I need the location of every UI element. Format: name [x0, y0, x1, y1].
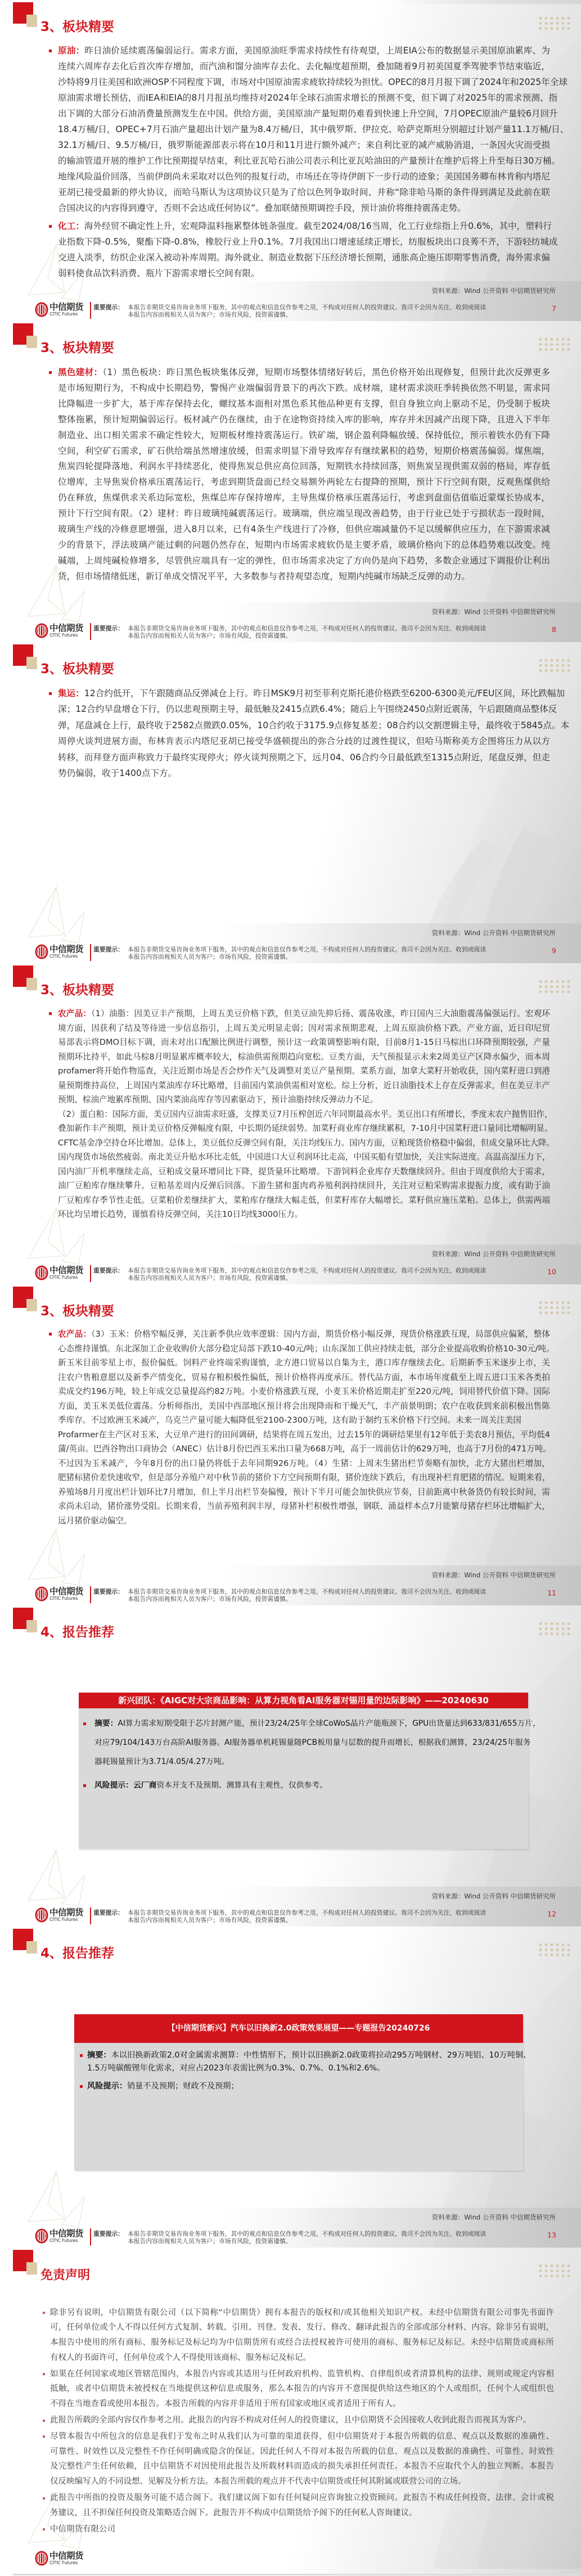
disclaimer-line: 此报告中所指的投资及服务可能不适合阁下。我们建议阁下如有任何疑问应咨询独立投资顾… [50, 2491, 554, 2506]
dot-grid-icon [538, 658, 571, 673]
disclaimer-paragraph: 此报告所载的全部内容仅作参考之用。此报告的内容不构成对任何人的投资建议，且中信期… [50, 2413, 554, 2428]
notice-label: 重要提示： [93, 304, 128, 318]
report-card-header: 【中信期货新兴】汽车以旧换新2.0政策效果展望——专题报告20240726 [74, 2014, 523, 2043]
body-line: Profarmer在主产区对玉米，大豆单产进行的田间调研，结果将在周五发出，过去… [58, 1428, 550, 1442]
important-notice: 重要提示： 本报告非期货交易咨询业务项下服务，其中的观点和信息仅作参考之用，不构… [93, 1588, 486, 1603]
body-line: 地缘风险溢价回落，当前伊朗尚未采取对以色列的报复行动，市场还在等待伊朗下一步行动… [58, 169, 550, 184]
dot-grid-icon [538, 337, 571, 352]
body-line: 32.1万桶/日、9.5万桶/日，俄罗斯能源部表示将在10月和11月进行额外减产… [58, 137, 550, 153]
disclaimer-paragraph: 中信期货有限公司 [50, 2522, 554, 2537]
bullet-icon [43, 2420, 45, 2422]
report-card-body: 摘要：AI算力需求短期受限于芯片封测产能，预计23/24/25年全球CoWoS晶… [79, 1708, 528, 1795]
page-number: 7 [552, 304, 556, 313]
body-line: 国内现货市场依然疲弱。南北美豆升贴水环比走低，中国进口大豆利润环比走高，中国买船… [58, 1150, 550, 1165]
section-chemicals: 化工：海外经贸不确定性上升，宏观降温料拖累整体链条强度。截至2024/08/16… [58, 218, 550, 281]
body-line: 季库存。不过欧洲玉米减产，乌克兰产量可能大幅降低至2100-2300万吨，这有助… [58, 1413, 550, 1428]
body-line: 连续六周库存去化后首次库存增加，而汽油和馏分油库存去化、去化幅度超预期，叠加随着… [58, 58, 550, 74]
source-note: 资料来源：Wind 公开资料 中信期货研究所 [432, 2213, 556, 2222]
notice-label: 重要提示： [93, 1267, 128, 1282]
disclaimer-line: 可靠性、时效性以及完整性不作任何明确或隐含的保证。因此任何人不得对本报告所载的信… [50, 2444, 554, 2460]
dot-grid-icon [538, 1621, 571, 1636]
source-note: 资料来源：Wind 公开资料 中信期货研究所 [432, 1571, 556, 1580]
red-square-bullet-icon [83, 1722, 86, 1725]
company-name-en: CITIC Futures [49, 1596, 83, 1601]
section-ferrous-building-materials: 黑色建材：（1）黑色板块：昨日黑色板块集体反弹，短期市场整体情绪好转后，黑色价格… [58, 365, 550, 585]
slide-title: 3、板块精要 [40, 661, 114, 677]
page-number: 8 [552, 625, 556, 634]
disclaimer-body: 除非另有说明，中信期货有限公司（以下简称“中信期货）拥有本报告的版权和/或其他相… [50, 2306, 554, 2537]
citic-futures-logo: 中信期货CITIC Futures [35, 944, 83, 959]
section-agriculture-oils-meals: 农产品：（1）油脂：因美豆丰产预期，上周五美豆价格下跌，但美豆油先抑后扬、震荡收… [58, 1007, 550, 1222]
slide-title: 4、报告推荐 [40, 1625, 114, 1640]
body-line: 深；12合约早盘增仓下行，仍以悲观预期主导，最低触及2415点跌6.4%；随后上… [58, 701, 550, 717]
body-line: 预期环比持平，如此马棕8月明显累库概率较大，棕油供需预期趋向宽松。豆类方面，天气… [58, 1050, 550, 1064]
paper-plane-icon [22, 1523, 90, 1588]
section-label: 黑色建材： [58, 367, 102, 377]
risk-label: 风险提示：云厂商 [94, 1781, 156, 1790]
body-line: 少的背景下，浮法玻璃产能过剩的问题仍然存在，短期内市场需求疲软仍是主要矛盾，玻璃… [58, 538, 550, 553]
dot-grid-icon [538, 2263, 571, 2279]
source-note: 资料来源：Wind 公开资料 中信期货研究所 [432, 1892, 556, 1901]
citic-logo-icon [35, 1265, 48, 1280]
paper-plane-icon [22, 1844, 90, 1909]
footer-divider [90, 1265, 91, 1282]
disclaimer-paragraph: 此报告中所指的投资及服务可能不适合阁下。我们建议阁下如有任何疑问应咨询独立投资顾… [50, 2491, 554, 2521]
citic-logo-icon [35, 302, 48, 317]
body-line: 求尚未启动，猪价涨势受阻。长期来看，当前养殖利润丰厚，母猪补栏积极性增强，钢联、… [58, 1499, 550, 1514]
company-name-en: CITIC Futures [49, 954, 83, 959]
title-beige-square-icon [26, 15, 37, 27]
disclaimer-paragraph: 尽管本报告中所包含的信息是我们于发布之时从我们认为可靠的渠道获得，但中信期货对于… [50, 2429, 554, 2489]
title-beige-square-icon [26, 2262, 37, 2275]
notice-line: 本报告非期货交易咨询业务项下服务，其中的观点和信息仅作参考之用，不构成对任何人的… [128, 1909, 486, 1916]
red-square-bullet-icon [80, 2054, 83, 2057]
body-line: 玻璃生产线的冷修意愿增强，进入8月以来，已有4条生产线进行了冷修，但供应端减量仍… [58, 522, 550, 538]
body-line: 沙特将9月往美国和欧洲OSP不同程度下调，市场对中国原油需求疲软持续较为担忧。O… [58, 74, 550, 90]
body-line: 焦炭四轮提降落地、利润水平持续恶化，使得焦炭总供应高位回落，短期铁水持续回落，则… [58, 459, 550, 475]
slide-body: 黑色建材：（1）黑色板块：昨日黑色板块集体反弹，短期市场整体情绪好转后，黑色价格… [58, 365, 550, 585]
company-name-en: CITIC Futures [49, 633, 83, 638]
body-line: 位增库，主导焦炭价格承压震荡运行，考虑到期货盘面已经交易额外两轮左右提降的预期，… [58, 475, 550, 490]
slide-page-13: 4、报告推荐 【中信期货新兴】汽车以旧换新2.0政策效果展望——专题报告2024… [0, 1927, 581, 2248]
body-line: 农产品：（3）玉米：价格窄幅反弹，关注新季供应效率逻辑：国内方面，期货价格小幅反… [58, 1327, 550, 1342]
red-square-bullet-icon [49, 1333, 52, 1336]
body-line: 农产品：（1）油脂：因美豆丰产预期，上周五美豆价格下跌，但美豆油先抑后扬、震荡收… [58, 1007, 550, 1021]
body-line: 不过因为玉米减产，今年8月份的出口量仍将低于去年同期926万吨。（4）生猪：上周… [58, 1456, 550, 1471]
dot-grid-icon [538, 16, 571, 31]
notice-line: 本报告内容而视相关人员为客户；市场有风险，投资需谨慎。 [128, 2237, 486, 2245]
body-line: profamer将开始作物巡查，关注近期市场是否会炒作天气及调整对美豆产量预期。… [58, 1064, 550, 1079]
slide-title: 4、报告推荐 [40, 1946, 114, 1961]
top-edge-band [0, 0, 581, 4]
section-label: 原油： [58, 46, 84, 56]
company-name-en: CITIC Futures [49, 2560, 83, 2566]
notice-line: 本报告非期货交易咨询业务项下服务，其中的观点和信息仅作参考之用，不构成对任何人的… [128, 1588, 486, 1595]
body-line: 境方面，因获利了结及等待进一步信息指引，上周五美元明显走弱；因对需求预期悲观，上… [58, 1021, 550, 1036]
slide-page-11: 3、板块精要 农产品：（3）玉米：价格窄幅反弹，关注新季供应效率逻辑：国内方面，… [0, 1284, 581, 1605]
slide-body: 农产品：（1）油脂：因美豆丰产预期，上周五美豆价格下跌，但美豆油先抑后扬、震荡收… [58, 1007, 550, 1222]
slide-disclaimer: 免责声明 除非另有说明，中信期货有限公司（以下简称“中信期货）拥有本报告的版权和… [0, 2248, 581, 2576]
section-agriculture-corn-hogs: 农产品：（3）玉米：价格窄幅反弹，关注新季供应效率逻辑：国内方面，期货价格小幅反… [58, 1327, 550, 1528]
red-square-bullet-icon [49, 692, 52, 695]
slide-page-10: 3、板块精要 农产品：（1）油脂：因美豆丰产预期，上周五美豆价格下跌，但美豆油先… [0, 963, 581, 1284]
footer-divider [90, 302, 91, 319]
disclaimer-line: 可，任何单位或个人不得以任何方式复制、转载、引用、刊登、发表、发行、修改、翻译此… [50, 2320, 554, 2335]
body-line: 集运：12合约低开，下午跟随商品反弹减仓上行。昨日MSK9月初至菲利克斯托港价格… [58, 685, 550, 701]
important-notice: 重要提示： 本报告非期货交易咨询业务项下服务，其中的观点和信息仅作参考之用，不构… [93, 946, 486, 960]
risk-line: 风险提示：销量不及预期；财政不及预期； [87, 2080, 515, 2093]
body-line: 周停火谈判进展方面，布林肯表示内塔尼亚胡已接受华盛顿提出的弥合分歧的过渡性提议，… [58, 733, 550, 749]
notice-label: 重要提示： [93, 1909, 128, 1924]
footer-divider [90, 1907, 91, 1924]
page-number: 10 [547, 1267, 556, 1276]
footer-divider [90, 2228, 91, 2245]
body-line: 空间，利空矿石需求，矿石供给端虽然增速放缓，但需求明显下滑导致库存有继续累积的趋… [58, 444, 550, 459]
report-card: 新兴团队：《AIGC对大宗商品影响：从算力视角看AI服务器对锡用量的边际影响》—… [79, 1693, 528, 1849]
citic-futures-logo: 中信期货CITIC Futures [35, 1586, 83, 1601]
company-name-cn: 中信期货 [49, 2551, 83, 2560]
important-notice: 重要提示： 本报告非期货交易咨询业务项下服务，其中的观点和信息仅作参考之用，不构… [93, 1909, 486, 1924]
notice-line: 本报告非期货交易咨询业务项下服务，其中的观点和信息仅作参考之用，不构成对任何人的… [128, 304, 486, 311]
red-square-bullet-icon [49, 49, 52, 52]
notice-line: 本报告内容而视相关人员为客户；市场有风险，投资需谨慎。 [128, 632, 486, 639]
red-square-bullet-icon [49, 371, 52, 374]
body-line: 厂豆粕库存季节性走低。豆菜粕价差继续扩大，菜粕库存继续大幅走低，但菜籽库存大幅增… [58, 1193, 550, 1208]
body-line: 货，但市场情绪低迷，新订单成交情况平平，大多数参与者持观望态度，短期内纯碱市场缺… [58, 569, 550, 585]
body-line: 弹，尾盘减仓上行，最终收于2582点微跌0.05%，10合约收于3175.9点修… [58, 718, 550, 733]
paper-plane-icon [22, 2166, 90, 2230]
risk-line: 风险提示：云厂商资本开支不及预期、测算具有主观性，仅供参考。 [94, 1776, 523, 1795]
summary-line: 1.5万吨碳酸锂年化需求，对应占2023年表需比例为0.3%、0.7%、0.1%… [87, 2062, 515, 2075]
title-beige-square-icon [26, 978, 37, 990]
body-line: 原油：昨日油价延续震荡偏弱运行。需求方面，美国原油旺季需求持续性有待观望，上周E… [58, 43, 550, 58]
company-name-en: CITIC Futures [49, 312, 83, 317]
company-name-cn: 中信期货 [49, 623, 83, 633]
citic-logo-icon [35, 1907, 48, 1923]
slide-body: 农产品：（3）玉米：价格窄幅反弹，关注新季供应效率逻辑：国内方面，期货价格小幅反… [58, 1327, 550, 1528]
dot-grid-icon [538, 1942, 571, 1957]
source-note: 资料来源：Wind 公开资料 中信期货研究所 [432, 1249, 556, 1258]
notice-line: 本报告内容而视相关人员为客户；市场有风险，投资需谨慎。 [128, 1595, 486, 1603]
source-note: 资料来源：Wind 公开资料 中信期货研究所 [432, 928, 556, 937]
disclaimer-line: 不得在当地查看或使用本报告。本报告所载的内容并非适用于所有国家或地区或者适用于所… [50, 2397, 554, 2412]
body-line: 黑色建材：（1）黑色板块：昨日黑色板块集体反弹，短期市场整体情绪好转后，黑色价格… [58, 365, 550, 381]
body-line: 注农户售粮意愿以及新季产情变化，贸易存粮积极性偏低，预计价格将再度承压。替代品方… [58, 1370, 550, 1385]
summary-label: 摘要： [94, 1719, 118, 1728]
section-container-shipping: 集运：12合约低开，下午跟随商品反弹减仓上行。昨日MSK9月初至菲利克斯托港价格… [58, 685, 550, 781]
body-line: 18.4万桶/日，OPEC+7月石油产量超出计划产量为8.4万桶/日，其中俄罗斯… [58, 121, 550, 137]
citic-futures-logo: 中信期货CITIC Futures [35, 302, 83, 317]
disclaimer-line: 抵触，或者中信期货未被授权在当地提供这种信息或服务，那么本报告的内容并不意图提供… [50, 2381, 554, 2397]
notice-line: 本报告内容而视相关人员为客户；市场有风险，投资需谨慎。 [128, 1916, 486, 1924]
body-line: 原油需求增长预估，而IEA和EIA的8月月报虽均维持对2024年全球石油需求增长… [58, 90, 550, 106]
disclaimer-line: 中信期货有限公司 [50, 2522, 554, 2537]
body-line: 易部表示将DMO目标下调，而未对出口配额比例进行调整，预计这一政策调整影响有限，… [58, 1035, 550, 1050]
body-line: 制造业、出口相关需求不确定性较大，短期板材维持震荡运行。铁矿端，钢企盈利降幅放缓… [58, 428, 550, 444]
company-name-en: CITIC Futures [49, 1275, 83, 1280]
page-number: 12 [547, 1910, 556, 1919]
body-line: 出下调的大部分石油消费量预测发生在中国。供给方面，美国原油产量短期仍难看到快速上… [58, 106, 550, 121]
body-line: 新玉米目前零星上市，报价偏低。饲料产业终端采购谨慎，北方港口贸易以自集为主，港口… [58, 1356, 550, 1370]
body-line: （2）蛋白粕：国际方面，美豆国内豆油需求旺盛，支撑美豆7月压榨创近六年同期最高水… [58, 1107, 550, 1122]
company-name-cn: 中信期货 [49, 2228, 83, 2238]
company-name-en: CITIC Futures [49, 2238, 83, 2244]
citic-futures-logo: 中信期货CITIC Futures [35, 2551, 83, 2566]
disclaimer-line: 及完整性产生任何依赖，且中信期货不对因使用此报告及所载材料而造成的损失承担任何责… [50, 2459, 554, 2474]
red-square-bullet-icon [49, 225, 52, 228]
body-line: 亚胡已接受最新的停火协议，而哈马斯认为这项协议只是为了给以色列争取时间、并称“除… [58, 184, 550, 200]
section-label: 集运： [58, 688, 84, 698]
title-beige-square-icon [26, 1299, 37, 1311]
body-line: 量预期维持高位，上周国内菜油库存环比略增，目前国内菜油供需相对宽松。综上分析，近… [58, 1079, 550, 1093]
bullet-icon [43, 2497, 45, 2500]
citic-futures-logo: 中信期货CITIC Futures [35, 1265, 83, 1280]
bullet-icon [43, 2312, 45, 2314]
body-line: 势仍偏弱，收于1400点下方。 [58, 765, 550, 781]
footer-divider [90, 623, 91, 640]
body-line: 仍在释放，焦煤供求关系边际宽松，焦煤总库存保持增库，主导焦煤价格承压震荡运行，考… [58, 490, 550, 506]
citic-logo-icon [35, 623, 48, 638]
report-risk: 风险提示：销量不及预期；财政不及预期； [87, 2080, 523, 2093]
body-line: 方面，美玉米美低位震荡。分析师指出，美国中西部地区预计将会出现降雨和干燥天气，丰… [58, 1399, 550, 1414]
source-note: 资料来源：Wind 公开资料 中信期货研究所 [432, 286, 556, 295]
body-line: 合国决议的内容得到遵守，否则不会达成任何协议”。叠加联储预期调控手段，预计油价将… [58, 200, 550, 216]
citic-logo-icon [35, 944, 48, 959]
body-line: 交进入淡季，纺织企业深入被动补库周期。海外就业、制造业数据下压经济增长预期，通胀… [58, 250, 550, 265]
slide-title: 3、板块精要 [40, 340, 114, 356]
summary-line: 对应79/104/143万台高阶AI服务器。AI服务器单机耗锡量随PCB板用量与… [94, 1733, 523, 1752]
body-line: 肥猪标猪价差快速收窄，但是部分养殖户对中秋节前的猪价下方空间预期有限，猪价连续下… [58, 1470, 550, 1485]
page-number: 13 [547, 2231, 556, 2240]
body-line: 比降幅进一步扩大，基于库存保持去化，螺纹基本面相对黑色系其他品种更有支撑，但自身… [58, 396, 550, 412]
disclaimer-line: 务建议，且不担保任何投资及策略适合阁下。此报告并不构成中信期货给予阁下的任何私人… [50, 2506, 554, 2521]
body-line: 远月猪价驱动偏空。 [58, 1514, 550, 1528]
notice-line: 本报告非期货交易咨询业务项下服务，其中的观点和信息仅作参考之用，不构成对任何人的… [128, 2230, 486, 2237]
important-notice: 重要提示： 本报告非期货交易咨询业务项下服务，其中的观点和信息仅作参考之用，不构… [93, 304, 486, 318]
title-beige-square-icon [26, 1620, 37, 1632]
disclaimer-line: 如果在任何国家或地区管辖范围内，本报告内容或其适用与任何政府机构、监管机构、自律… [50, 2367, 554, 2382]
body-line: 环比均呈增长趋势，谨慎看待反弹空间，关注10日均线3000压力。 [58, 1207, 550, 1222]
notice-label: 重要提示： [93, 946, 128, 960]
important-notice: 重要提示： 本报告非期货交易咨询业务项下服务，其中的观点和信息仅作参考之用，不构… [93, 625, 486, 639]
summary-line: 摘要：本以旧换新政策2.0对金属需求测算：中性情形下，预计以旧换新2.0政策将拉… [87, 2049, 515, 2062]
slide-page-7: 3、板块精要 原油：昨日油价延续震荡偏弱运行。需求方面，美国原油旺季需求持续性有… [0, 0, 581, 321]
red-square-bullet-icon [80, 2085, 83, 2088]
body-line: 油厂豆粕库存继续攀升。豆粕基差周内反弹后回落。下游生猪和蛋肉鸡养殖利润持续回升，… [58, 1179, 550, 1193]
body-line: 的输油管道开展的维护工作比预期提早结束，利比亚瓦哈石油公司表示利比亚瓦哈油田的产… [58, 153, 550, 169]
title-beige-square-icon [26, 1941, 37, 1954]
citic-logo-icon [35, 2551, 48, 2566]
disclaimer-paragraph: 如果在任何国家或地区管辖范围内，本报告内容或其适用与任何政府机构、监管机构、自律… [50, 2367, 554, 2412]
citic-futures-logo: 中信期货CITIC Futures [35, 2228, 83, 2244]
citic-logo-icon [35, 2228, 48, 2244]
section-label: 农产品： [58, 1329, 91, 1339]
notice-line: 本报告非期货交易咨询业务项下服务，其中的观点和信息仅作参考之用，不构成对任何人的… [128, 625, 486, 632]
report-risk: 风险提示：云厂商资本开支不及预期、测算具有主观性，仅供参考。 [94, 1776, 528, 1795]
notice-line: 本报告内容而视相关人员为客户；市场有风险，投资需谨慎。 [128, 1274, 486, 1282]
risk-label: 风险提示： [87, 2082, 127, 2091]
section-label: 化工： [58, 221, 84, 231]
slide-page-12: 4、报告推荐 新兴团队：《AIGC对大宗商品影响：从算力视角看AI服务器对锡用量… [0, 1605, 581, 1927]
footer-divider [90, 1586, 91, 1603]
section-crude-oil: 原油：昨日油价延续震荡偏弱运行。需求方面，美国原油旺季需求持续性有待观望，上周E… [58, 43, 550, 216]
body-line: 整体拖累，预计短期偏弱运行。板材减产仍在继续，由于在途物资持续入库的影响，库存并… [58, 412, 550, 428]
disclaimer-line: 有权人的书面许可，任何单位或个人不得使用该商标、服务标记及标记。 [50, 2351, 554, 2366]
disclaimer-paragraph: 除非另有说明，中信期货有限公司（以下简称“中信期货）拥有本报告的版权和/或其他相… [50, 2306, 554, 2366]
report-summary: 摘要：本以旧换新政策2.0对金属需求测算：中性情形下，预计以旧换新2.0政策将拉… [87, 2049, 523, 2075]
page-number: 9 [552, 946, 556, 955]
citic-logo-icon [35, 1586, 48, 1601]
notice-label: 重要提示： [93, 2230, 128, 2245]
disclaimer-line: 仅反映编写人的不同设想、见解及分析方法。本报告所载的观点并不代表中信期货或任何其… [50, 2474, 554, 2489]
body-line: 碱端，上周纯碱检修增多，尽管供应端具有一定的弹性，但市场需求决定了方向仍是向下趋… [58, 553, 550, 569]
body-line: 弱料使食品饮料消费、瓶片下游需求增长空间有限。 [58, 265, 550, 281]
body-line: 卖成交约196万吨，较上年成交总量提高约82万吨。小麦价格涨跌互现，小麦玉米价格… [58, 1384, 550, 1399]
body-line: 化工：海外经贸不确定性上升，宏观降温料拖累整体链条强度。截至2024/08/16… [58, 218, 550, 234]
company-name-cn: 中信期货 [49, 944, 83, 954]
slide-title: 3、板块精要 [40, 1303, 114, 1319]
body-line: 叠加新作丰产预期，预计美豆价格反弹幅度有限，中长期仍延续弱势。加菜籽商业库存继续… [58, 1121, 550, 1136]
source-note: 资料来源：Wind 公开资料 中信期货研究所 [432, 607, 556, 616]
notice-line: 本报告非期货交易咨询业务项下服务，其中的观点和信息仅作参考之用，不构成对任何人的… [128, 946, 486, 953]
summary-line: 器耗锡量预计为3.71/4.05/4.27万吨。 [94, 1752, 523, 1771]
section-label: 农产品： [58, 1009, 91, 1018]
disclaimer-line: 尽管本报告中所包含的信息是我们于发布之时从我们认为可靠的渠道获得，但中信期货对于… [50, 2429, 554, 2444]
slide-title: 免责声明 [40, 2268, 90, 2284]
dot-grid-icon [538, 1300, 571, 1315]
slide-body: 集运：12合约低开，下午跟随商品反弹减仓上行。昨日MSK9月初至菲利克斯托港价格… [58, 685, 550, 781]
notice-line: 本报告内容而视相关人员为客户；市场有风险，投资需谨慎。 [128, 311, 486, 318]
company-name-cn: 中信期货 [49, 1586, 83, 1596]
notice-line: 本报告内容而视相关人员为客户；市场有风险，投资需谨慎。 [128, 953, 486, 960]
body-line: 蒲/英亩。巴西谷物出口商协会（ANEC）估计8月份巴西玉米出口量为668万吨，高… [58, 1442, 550, 1456]
important-notice: 重要提示： 本报告非期货交易咨询业务项下服务，其中的观点和信息仅作参考之用，不构… [93, 2230, 486, 2245]
body-line: 是市场短期行为，不构成中长期趋势，警惕产业端偏弱背景下的再次下跌。成材端，建材需… [58, 381, 550, 396]
red-square-bullet-icon [49, 1012, 52, 1015]
report-summary: 摘要：AI算力需求短期受限于芯片封测产能，预计23/24/25年全球CoWoS晶… [94, 1714, 528, 1771]
body-line: 业指数下降-0.5%，聚酯下降-0.8%，橡胶行业上升0.1%。7月我国出口增速… [58, 234, 550, 250]
slide-body: 原油：昨日油价延续震荡偏弱运行。需求方面，美国原油旺季需求持续性有待观望，上周E… [58, 43, 550, 281]
bottom-divider [13, 2574, 581, 2575]
body-line: 预期、棕油产地累库预期、国内菜油高库存等因素驱动下，预计油脂持续反弹动力不足。 [58, 1093, 550, 1107]
slide-page-9: 3、板块精要 集运：12合约低开，下午跟随商品反弹减仓上行。昨日MSK9月初至菲… [0, 642, 581, 963]
slide-title: 3、板块精要 [40, 982, 114, 998]
company-name-cn: 中信期货 [49, 302, 83, 312]
body-line: 预计下行空间有限。（2）建材：昨日玻璃纯碱震荡运行。玻璃端，供应端呈现改善趋势，… [58, 506, 550, 522]
red-square-bullet-icon [83, 1784, 86, 1787]
paper-plane-icon [22, 881, 90, 946]
disclaimer-line: 除非另有说明，中信期货有限公司（以下简称“中信期货）拥有本报告的版权和/或其他相… [50, 2306, 554, 2321]
body-line: CFTC基金净空持仓环比增加。总体上，美豆低位反弹空间有限，关注均线压力。国内方… [58, 1136, 550, 1151]
title-beige-square-icon [26, 336, 37, 348]
summary-line: 摘要：AI算力需求短期受限于芯片封测产能，预计23/24/25年全球CoWoS晶… [94, 1714, 523, 1733]
report-card-header: 新兴团队：《AIGC对大宗商品影响：从算力视角看AI服务器对锡用量的边际影响》—… [79, 1693, 528, 1708]
bullet-icon [43, 2435, 45, 2438]
notice-label: 重要提示： [93, 1588, 128, 1603]
bullet-icon [43, 2528, 45, 2530]
title-beige-square-icon [26, 657, 37, 669]
citic-futures-logo: 中信期货CITIC Futures [35, 1907, 83, 1923]
page-number: 11 [547, 1589, 556, 1598]
body-line: 国内油厂开机率继续走高，豆粕成交量环增同比下降，提货量环比略增。下游饲料企业库存… [58, 1165, 550, 1179]
footer-divider [90, 944, 91, 961]
disclaimer-line: 此报告所载的全部内容仅作参考之用。此报告的内容不构成对任何人的投资建议，且中信期… [50, 2413, 554, 2428]
important-notice: 重要提示： 本报告非期货交易咨询业务项下服务，其中的观点和信息仅作参考之用，不构… [93, 1267, 486, 1282]
company-name-cn: 中信期货 [49, 1907, 83, 1917]
slide-page-8: 3、板块精要 黑色建材：（1）黑色板块：昨日黑色板块集体反弹，短期市场整体情绪好… [0, 321, 581, 642]
dot-grid-icon [538, 979, 571, 994]
notice-line: 本报告非期货交易咨询业务项下服务，其中的观点和信息仅作参考之用，不构成对任何人的… [128, 1267, 486, 1274]
body-line: 养殖场8月月度出栏计划环比7月增加，但上半月出栏节奏偏慢，预计下半月可能会加快供… [58, 1485, 550, 1500]
company-name-en: CITIC Futures [49, 1917, 83, 1923]
company-name-cn: 中信期货 [49, 1265, 83, 1275]
slide-title: 3、板块精要 [40, 19, 114, 35]
summary-label: 摘要： [87, 2051, 111, 2060]
report-card: 【中信期货新兴】汽车以旧换新2.0政策效果展望——专题报告20240726 摘要… [74, 2014, 523, 2171]
notice-label: 重要提示： [93, 625, 128, 639]
report-card-body: 摘要：本以旧换新政策2.0对金属需求测算：中性情形下，预计以旧换新2.0政策将拉… [74, 2043, 523, 2093]
body-line: 转移，而拜登方面声称致力于最终实现停火；停火谈判预期之下，远月04、06合约今日… [58, 750, 550, 765]
citic-futures-logo: 中信期货CITIC Futures [35, 623, 83, 638]
bullet-icon [43, 2373, 45, 2375]
body-line: 心态维持谨慎。东北深加工企业收购价大部分稳定局部下跌10-40元/吨；山东深加工… [58, 1342, 550, 1356]
disclaimer-line: 本报告中使用的所有商标、服务标记及标记均为中信期货所有或经合法授权被许可使用的商… [50, 2335, 554, 2351]
